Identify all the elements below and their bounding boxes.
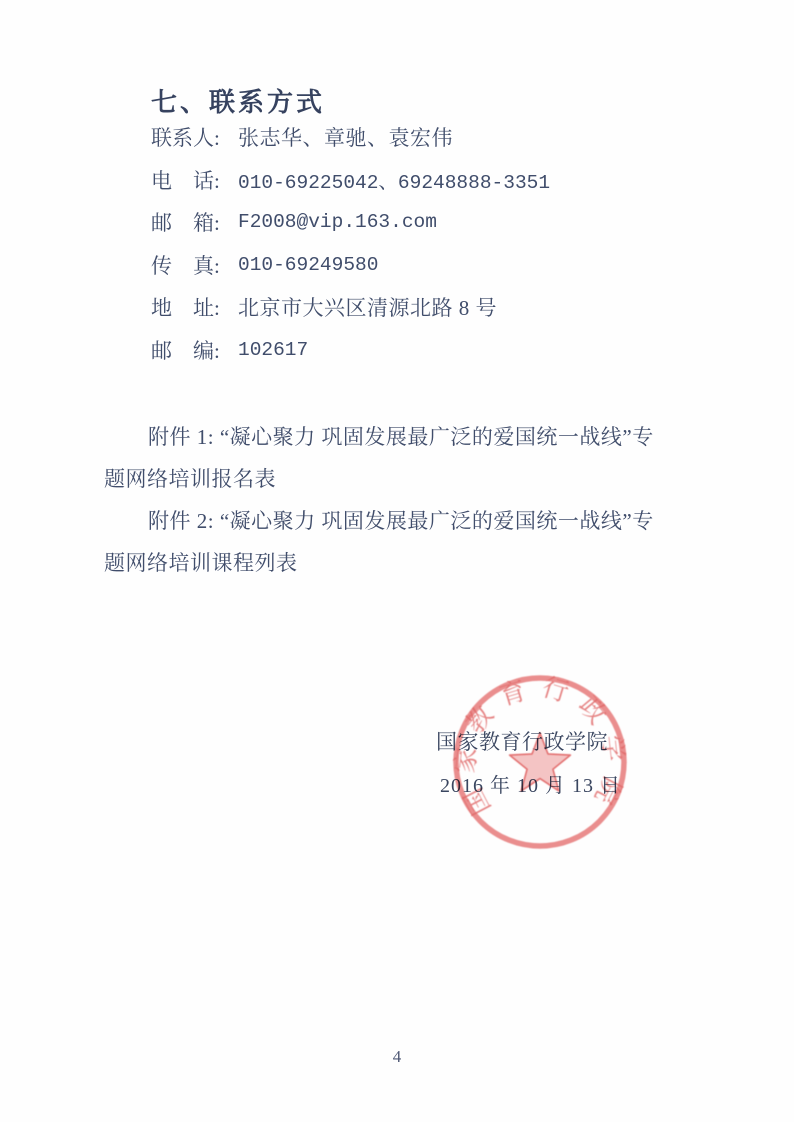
contact-row-zipcode: 邮 编: 102617 xyxy=(151,329,550,372)
signature-organization: 国家教育行政学院 xyxy=(436,726,608,756)
contact-label: 联系人: xyxy=(151,122,238,152)
document-page: 七、联系方式 联系人: 张志华、章驰、袁宏伟 电 话: 010-69225042… xyxy=(0,0,794,1122)
section-heading: 七、联系方式 xyxy=(151,82,325,119)
contact-row-fax: 传 真: 010-69249580 xyxy=(151,244,550,287)
attachment-1-line-1: 附件 1: “凝心聚力 巩固发展最广泛的爱国统一战线”专 xyxy=(104,416,700,458)
attachment-2-line-2: 题网络培训课程列表 xyxy=(104,542,700,584)
contact-row-phone: 电 话: 010-69225042、69248888-3351 xyxy=(151,159,550,202)
attachment-1-line-2: 题网络培训报名表 xyxy=(104,458,700,500)
signature-date: 2016 年 10 月 13 日 xyxy=(440,769,621,798)
contact-value: 北京市大兴区清源北路 8 号 xyxy=(238,292,497,322)
contact-list: 联系人: 张志华、章驰、袁宏伟 电 话: 010-69225042、692488… xyxy=(151,116,550,371)
contact-value: F2008@vip.163.com xyxy=(238,211,437,233)
contact-label: 地 址: xyxy=(151,292,238,322)
contact-value: 010-69225042、69248888-3351 xyxy=(238,166,550,194)
page-number: 4 xyxy=(0,1047,794,1067)
contact-value: 102617 xyxy=(238,339,308,361)
contact-label: 电 话: xyxy=(151,165,238,195)
contact-row-email: 邮 箱: F2008@vip.163.com xyxy=(151,201,550,244)
seal-ring xyxy=(456,678,624,846)
attachments-section: 附件 1: “凝心聚力 巩固发展最广泛的爱国统一战线”专 题网络培训报名表 附件… xyxy=(104,416,700,584)
contact-row-person: 联系人: 张志华、章驰、袁宏伟 xyxy=(151,116,550,159)
contact-label: 邮 箱: xyxy=(151,207,238,237)
contact-label: 邮 编: xyxy=(151,335,238,365)
attachment-2-line-1: 附件 2: “凝心聚力 巩固发展最广泛的爱国统一战线”专 xyxy=(104,500,700,542)
official-seal-stamp: 国家教育行政学院 xyxy=(445,667,635,857)
contact-row-address: 地 址: 北京市大兴区清源北路 8 号 xyxy=(151,286,550,329)
contact-value: 010-69249580 xyxy=(238,254,378,276)
contact-value: 张志华、章驰、袁宏伟 xyxy=(238,122,453,152)
contact-label: 传 真: xyxy=(151,250,238,280)
